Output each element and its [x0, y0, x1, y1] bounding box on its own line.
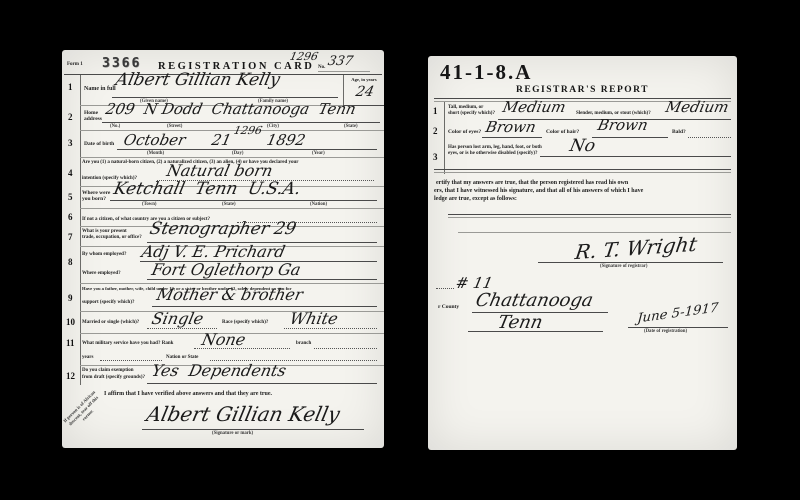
date-sublabel: (Date of registration): [644, 329, 687, 334]
registration-date-value: June 5-1917: [637, 301, 719, 327]
county-label: r County: [438, 304, 459, 310]
by-whom-employed-label: By whom employed?: [82, 252, 126, 258]
date-of-birth-label: Date of birth: [84, 141, 114, 147]
affirmation-text: I affirm that I have verified above answ…: [104, 391, 272, 398]
order-number-handwritten: 337: [326, 54, 354, 69]
certification-line3: ledge are true, except as follows:: [434, 196, 517, 203]
disability-answer: No: [568, 136, 597, 156]
eye-color-answer: Brown: [484, 118, 538, 136]
row-divider: [80, 157, 384, 158]
birth-answer-line: [117, 149, 377, 150]
report-title: REGISTRAR'S REPORT: [428, 85, 737, 95]
birth-day-answer: 21: [210, 131, 233, 149]
nation-sublabel: (Nation): [310, 202, 327, 207]
eye-answer-line: [482, 137, 542, 138]
report-line3-number: 3: [433, 152, 438, 162]
state-sublabel: (State): [344, 124, 358, 129]
registrant-signature: Albert Gillian Kelly: [144, 402, 342, 426]
branch-label: branch: [296, 341, 311, 347]
registrars-report-card: 41-1-8.A REGISTRAR'S REPORT 1 Tall, medi…: [428, 56, 737, 450]
occupation-label2: trade, occupation, or office?: [82, 235, 142, 241]
order-number-line: [318, 71, 370, 72]
line3-number: 3: [68, 138, 73, 148]
exemption-label1: Do you claim exemption: [82, 368, 134, 374]
registrar-signature: R. T. Wright: [574, 232, 699, 264]
line10-number: 10: [66, 317, 75, 327]
line7-number: 7: [68, 232, 73, 242]
height-label2: short (specify which)?: [448, 111, 495, 117]
race-label: Race (specify which)?: [222, 320, 268, 326]
line12-number: 12: [66, 371, 75, 381]
hair-color-answer: Brown: [596, 116, 650, 134]
military-service-answer: None: [200, 330, 247, 349]
dependent-answer: Mother & brother: [155, 285, 305, 304]
city-sublabel: (City): [267, 124, 279, 129]
branch-answer-line: [314, 348, 377, 349]
report-line2-number: 2: [433, 126, 438, 136]
line1-label: Name in full: [84, 86, 116, 93]
margin-rule: [444, 102, 445, 174]
file-number-stamp: 41-1-8.A: [440, 60, 532, 85]
month-sublabel: (Month): [147, 151, 164, 156]
form-number-label: Form 1: [67, 62, 83, 68]
line5-number: 5: [68, 192, 73, 202]
date-line: [628, 327, 728, 328]
address-answer-line: [102, 122, 380, 123]
eye-color-label: Color of eyes?: [448, 129, 481, 135]
state-sublabel2: (State): [222, 202, 236, 207]
race-answer: White: [288, 309, 340, 328]
birth-inserted-number: 1296: [233, 124, 264, 137]
address-answer: 209 N Dodd Chattanooga Tenn: [104, 100, 358, 118]
where-employed-answer: Fort Oglethorp Ga: [150, 260, 303, 279]
married-single-answer: Single: [150, 309, 205, 328]
where-employed-answer-line: [147, 279, 377, 280]
bald-answer-line: [688, 137, 731, 138]
registration-card: Form 1 3366 REGISTRATION CARD 1296 No. 3…: [62, 50, 384, 448]
rank-answer-line: [194, 348, 290, 349]
where-employed-label: Where employed?: [82, 271, 121, 277]
margin-rule: [80, 75, 81, 385]
film-scan-background: Form 1 3366 REGISTRATION CARD 1296 No. 3…: [0, 0, 800, 500]
age-value: 24: [354, 84, 375, 100]
line3-answer-line: [540, 156, 731, 157]
no-sublabel: (No.): [110, 124, 120, 129]
line6-number: 6: [68, 212, 73, 222]
citizenship-answer: Natural born: [165, 161, 275, 180]
state-line: [468, 331, 603, 332]
race-answer-line: [284, 328, 377, 329]
certification-line2: ers, that I have witnessed his signature…: [434, 188, 643, 195]
dependent-question-line2: support (specify which)?: [82, 300, 135, 306]
military-service-label: What military service have you had? Rank: [82, 341, 173, 347]
stamp-number: 3366: [102, 56, 141, 71]
certification-line1: ertify that my answers are true, that th…: [436, 180, 628, 187]
section-double-rule-1: [434, 169, 731, 170]
nation-or-state-label: Nation or State: [166, 355, 198, 361]
line4-number: 4: [68, 168, 73, 178]
disability-label2: eyes, or is he otherwise disabled (speci…: [448, 151, 537, 157]
signature-sublabel: (Signature or mark): [212, 431, 253, 436]
line8-number: 8: [68, 257, 73, 267]
dependent-answer-line: [152, 306, 377, 307]
age-box-label: Age, in years: [347, 77, 381, 82]
report-line1-number: 1: [433, 106, 438, 116]
married-answer-line: [147, 328, 217, 329]
exemption-answer: Yes Dependents: [150, 361, 288, 380]
occupation-label1: What is your present: [82, 229, 127, 235]
build-answer: Medium: [664, 98, 730, 116]
years-label: years: [82, 355, 93, 361]
state-value: Tenn: [496, 312, 545, 333]
exemption-label2: from draft (specify grounds)?: [82, 375, 145, 381]
name-answer: Albert Gillian Kelly: [114, 70, 282, 90]
birth-year-answer: 1892: [265, 131, 307, 149]
line2-number: 2: [68, 112, 73, 122]
occupation-answer: Stenographer 29: [148, 219, 298, 239]
employer-answer: Adj V. E. Prichard: [140, 242, 287, 261]
signature-line: [142, 429, 364, 430]
where-born-answer: Ketchall Tenn U.S.A.: [112, 179, 303, 199]
registrar-signature-line: [538, 262, 723, 263]
where-born-answer-line: [110, 200, 377, 201]
hair-color-label: Color of hair?: [546, 129, 579, 135]
years-answer-line: [100, 360, 162, 361]
line11-number: 11: [66, 338, 75, 348]
disability-label1: Has person lost arm, leg, hand, foot, or…: [448, 145, 542, 151]
year-sublabel: (Year): [312, 151, 325, 156]
bald-label: Bald?: [672, 129, 686, 135]
street-sublabel: (Street): [167, 124, 182, 129]
name-answer-line: [112, 97, 338, 98]
address-label: address: [84, 116, 102, 122]
no-label: No.: [318, 65, 325, 71]
corner-cut-note: If person is of African descent, tear of…: [59, 386, 109, 436]
town-sublabel: (Town): [142, 202, 156, 207]
registrar-signature-sublabel: (Signature of registrar): [600, 264, 648, 269]
exception-blank-line-2: [448, 217, 731, 218]
row-divider: [80, 283, 384, 284]
row-divider: [80, 208, 384, 209]
serial-number-handwritten: 1296: [289, 50, 320, 63]
line9-number: 9: [68, 293, 73, 303]
precinct-leader-line: [436, 288, 454, 289]
height-answer: Medium: [501, 98, 567, 116]
county-value: Chattanooga: [474, 290, 595, 311]
day-sublabel: (Day): [232, 151, 243, 156]
exception-blank-line-1: [448, 214, 731, 215]
line1-number: 1: [68, 82, 73, 92]
birth-month-answer: October: [122, 131, 187, 149]
where-born-label2: you born?: [82, 196, 106, 202]
height-label1: Tall, medium, or: [448, 105, 483, 111]
hair-answer-line: [592, 137, 668, 138]
exemption-answer-line: [147, 383, 377, 384]
married-single-label: Married or single (which)?: [82, 320, 139, 326]
section-double-rule-2: [434, 172, 731, 173]
